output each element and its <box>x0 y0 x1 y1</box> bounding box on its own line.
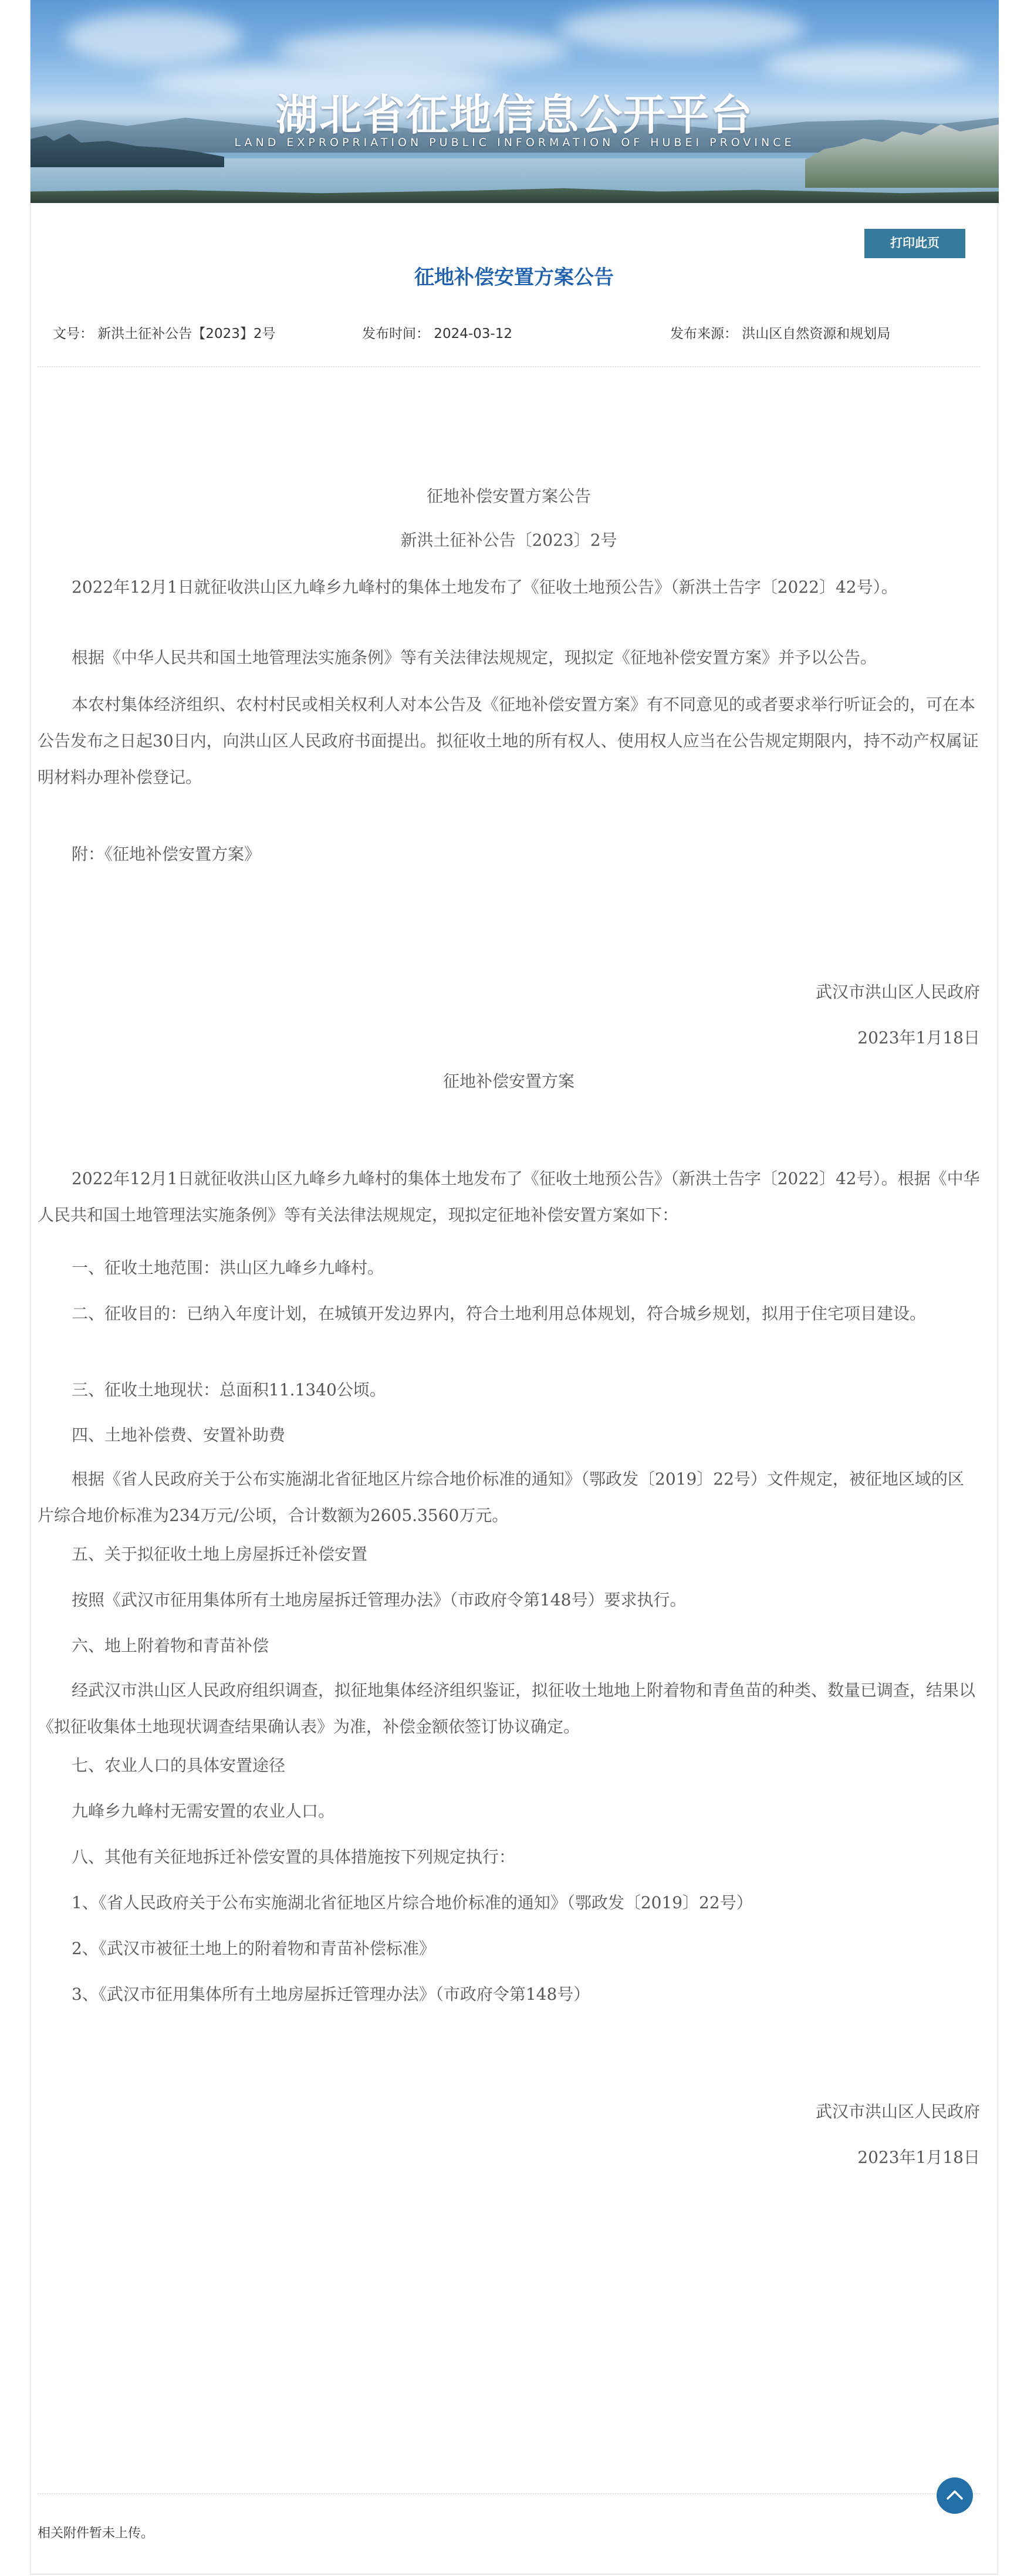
site-subtitle: LAND EXPROPRIATION PUBLIC INFORMATION OF… <box>31 136 999 149</box>
back-to-top-button[interactable] <box>937 2477 973 2514</box>
publish-time: 发布时间： 2024-03-12 <box>362 323 512 342</box>
section-6-title: 六、地上附着物和青苗补偿 <box>38 1628 980 1664</box>
page-container: 湖北省征地信息公开平台 LAND EXPROPRIATION PUBLIC IN… <box>30 0 998 2575</box>
section-4-title: 四、土地补偿费、安置补助费 <box>38 1417 980 1453</box>
notice-number: 新洪土征补公告〔2023〕2号 <box>38 522 980 559</box>
notice-title: 征地补偿安置方案公告 <box>38 478 980 515</box>
section-7-body: 九峰乡九峰村无需安置的农业人口。 <box>38 1793 980 1830</box>
section-2: 二、征收目的：已纳入年度计划，在城镇开发边界内，符合土地利用总体规划，符合城乡规… <box>38 1296 980 1332</box>
plan-title: 征地补偿安置方案 <box>38 1063 980 1100</box>
section-3: 三、征收土地现状：总面积11.1340公顷。 <box>38 1372 980 1408</box>
section-4-body: 根据《省人民政府关于公布实施湖北省征地区片综合地价标准的通知》（鄂政发〔2019… <box>38 1461 980 1534</box>
regulation-item: 3、《武汉市征用集体所有土地房屋拆迁管理办法》（市政府令第148号） <box>38 1976 980 2013</box>
paragraph: 本农村集体经济组织、农村村民或相关权利人对本公告及《征地补偿安置方案》有不同意见… <box>38 687 980 796</box>
print-page-button[interactable]: 打印此页 <box>864 229 965 258</box>
article-title: 征地补偿安置方案公告 <box>31 261 998 290</box>
paragraph: 根据《中华人民共和国土地管理法实施条例》等有关法律法规规定，现拟定《征地补偿安置… <box>38 640 980 676</box>
meta-divider <box>38 366 980 367</box>
doc-number: 文号： 新洪土征补公告【2023】2号 <box>53 323 275 342</box>
section-8-title: 八、其他有关征地拆迁补偿安置的具体措施按下列规定执行： <box>38 1839 980 1875</box>
attachment-reference: 附：《征地补偿安置方案》 <box>38 836 980 873</box>
article-meta: 文号： 新洪土征补公告【2023】2号 发布时间： 2024-03-12 发布来… <box>31 323 998 343</box>
signature-org: 武汉市洪山区人民政府 <box>38 2094 980 2130</box>
section-7-title: 七、农业人口的具体安置途径 <box>38 1747 980 1784</box>
section-5-title: 五、关于拟征收土地上房屋拆迁补偿安置 <box>38 1536 980 1573</box>
section-6-body: 经武汉市洪山区人民政府组织调查，拟征地集体经济组织鉴证，拟征收土地地上附着物和青… <box>38 1672 980 1745</box>
site-banner: 湖北省征地信息公开平台 LAND EXPROPRIATION PUBLIC IN… <box>31 0 999 203</box>
publish-source: 发布来源： 洪山区自然资源和规划局 <box>670 323 890 342</box>
site-title: 湖北省征地信息公开平台 <box>31 81 999 142</box>
regulation-item: 2、《武汉市被征土地上的附着物和青苗补偿标准》 <box>38 1931 980 1967</box>
footer-divider <box>38 2493 980 2494</box>
chevron-up-icon <box>945 2487 964 2503</box>
signature-date: 2023年1月18日 <box>38 1020 980 1056</box>
signature-org: 武汉市洪山区人民政府 <box>38 974 980 1010</box>
attachment-note: 相关附件暂未上传。 <box>38 2523 154 2541</box>
section-1: 一、征收土地范围：洪山区九峰乡九峰村。 <box>38 1250 980 1286</box>
regulation-item: 1、《省人民政府关于公布实施湖北省征地区片综合地价标准的通知》（鄂政发〔2019… <box>38 1885 980 1921</box>
paragraph: 2022年12月1日就征收洪山区九峰乡九峰村的集体土地发布了《征收土地预公告》（… <box>38 1161 980 1233</box>
section-5-body: 按照《武汉市征用集体所有土地房屋拆迁管理办法》（市政府令第148号）要求执行。 <box>38 1582 980 1618</box>
signature-date: 2023年1月18日 <box>38 2139 980 2176</box>
paragraph: 2022年12月1日就征收洪山区九峰乡九峰村的集体土地发布了《征收土地预公告》（… <box>38 569 980 606</box>
